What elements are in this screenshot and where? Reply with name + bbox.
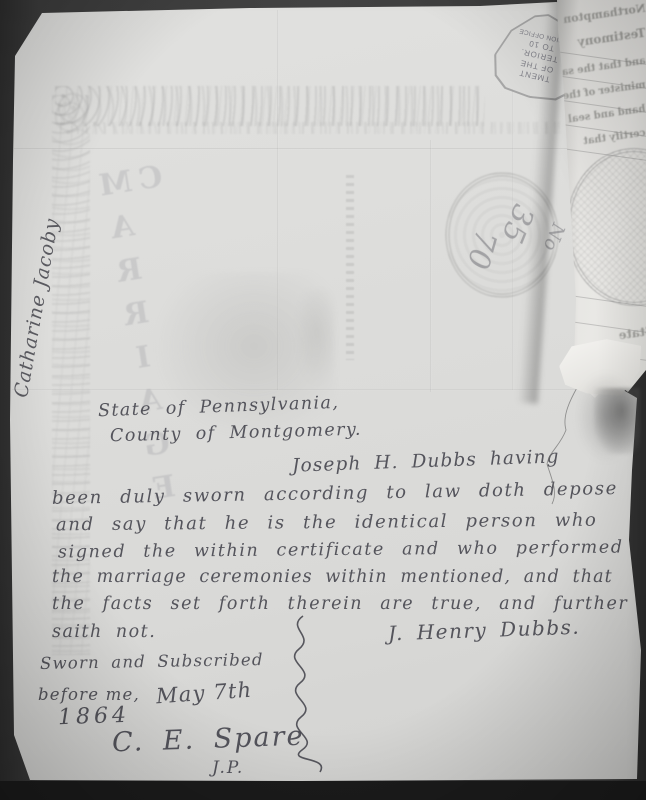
tape-residue-smudge — [594, 388, 640, 454]
deponent-signature: J. Henry Dubbs. — [388, 615, 581, 646]
body-line: the facts set forth therein are true, an… — [52, 594, 628, 614]
officer-signature: C. E. Spare — [112, 721, 305, 759]
jurat-date: May 7th — [156, 678, 254, 709]
scanned-document-photo: MARRIAGE C Catharine Jacoby 35 70 No Sta… — [0, 0, 646, 800]
body-line: and say that he is the identical person … — [56, 510, 598, 536]
ornamental-border-showthrough — [60, 122, 560, 134]
body-line: Joseph H. Dubbs having — [292, 446, 560, 476]
engraving-showthrough — [295, 290, 335, 385]
body-line: signed the within certificate and who pe… — [58, 538, 624, 563]
body-line: the marriage ceremonies within mentioned… — [52, 567, 613, 587]
scan-background-bottom — [0, 781, 646, 800]
officer-title: J.P. — [212, 758, 244, 778]
body-line: been duly sworn according to law doth de… — [52, 478, 618, 509]
fold-crease-horizontal — [14, 148, 580, 150]
body-line: saith not. — [52, 622, 156, 642]
ornamental-border-showthrough — [55, 86, 485, 126]
jurat-line: Sworn and Subscribed — [40, 650, 264, 673]
jurat-before-me: before me, — [38, 685, 140, 704]
jurat-line: before me, May 7th — [38, 681, 253, 705]
fold-crease-vertical — [430, 140, 432, 392]
printed-text-showthrough-column — [346, 175, 354, 360]
